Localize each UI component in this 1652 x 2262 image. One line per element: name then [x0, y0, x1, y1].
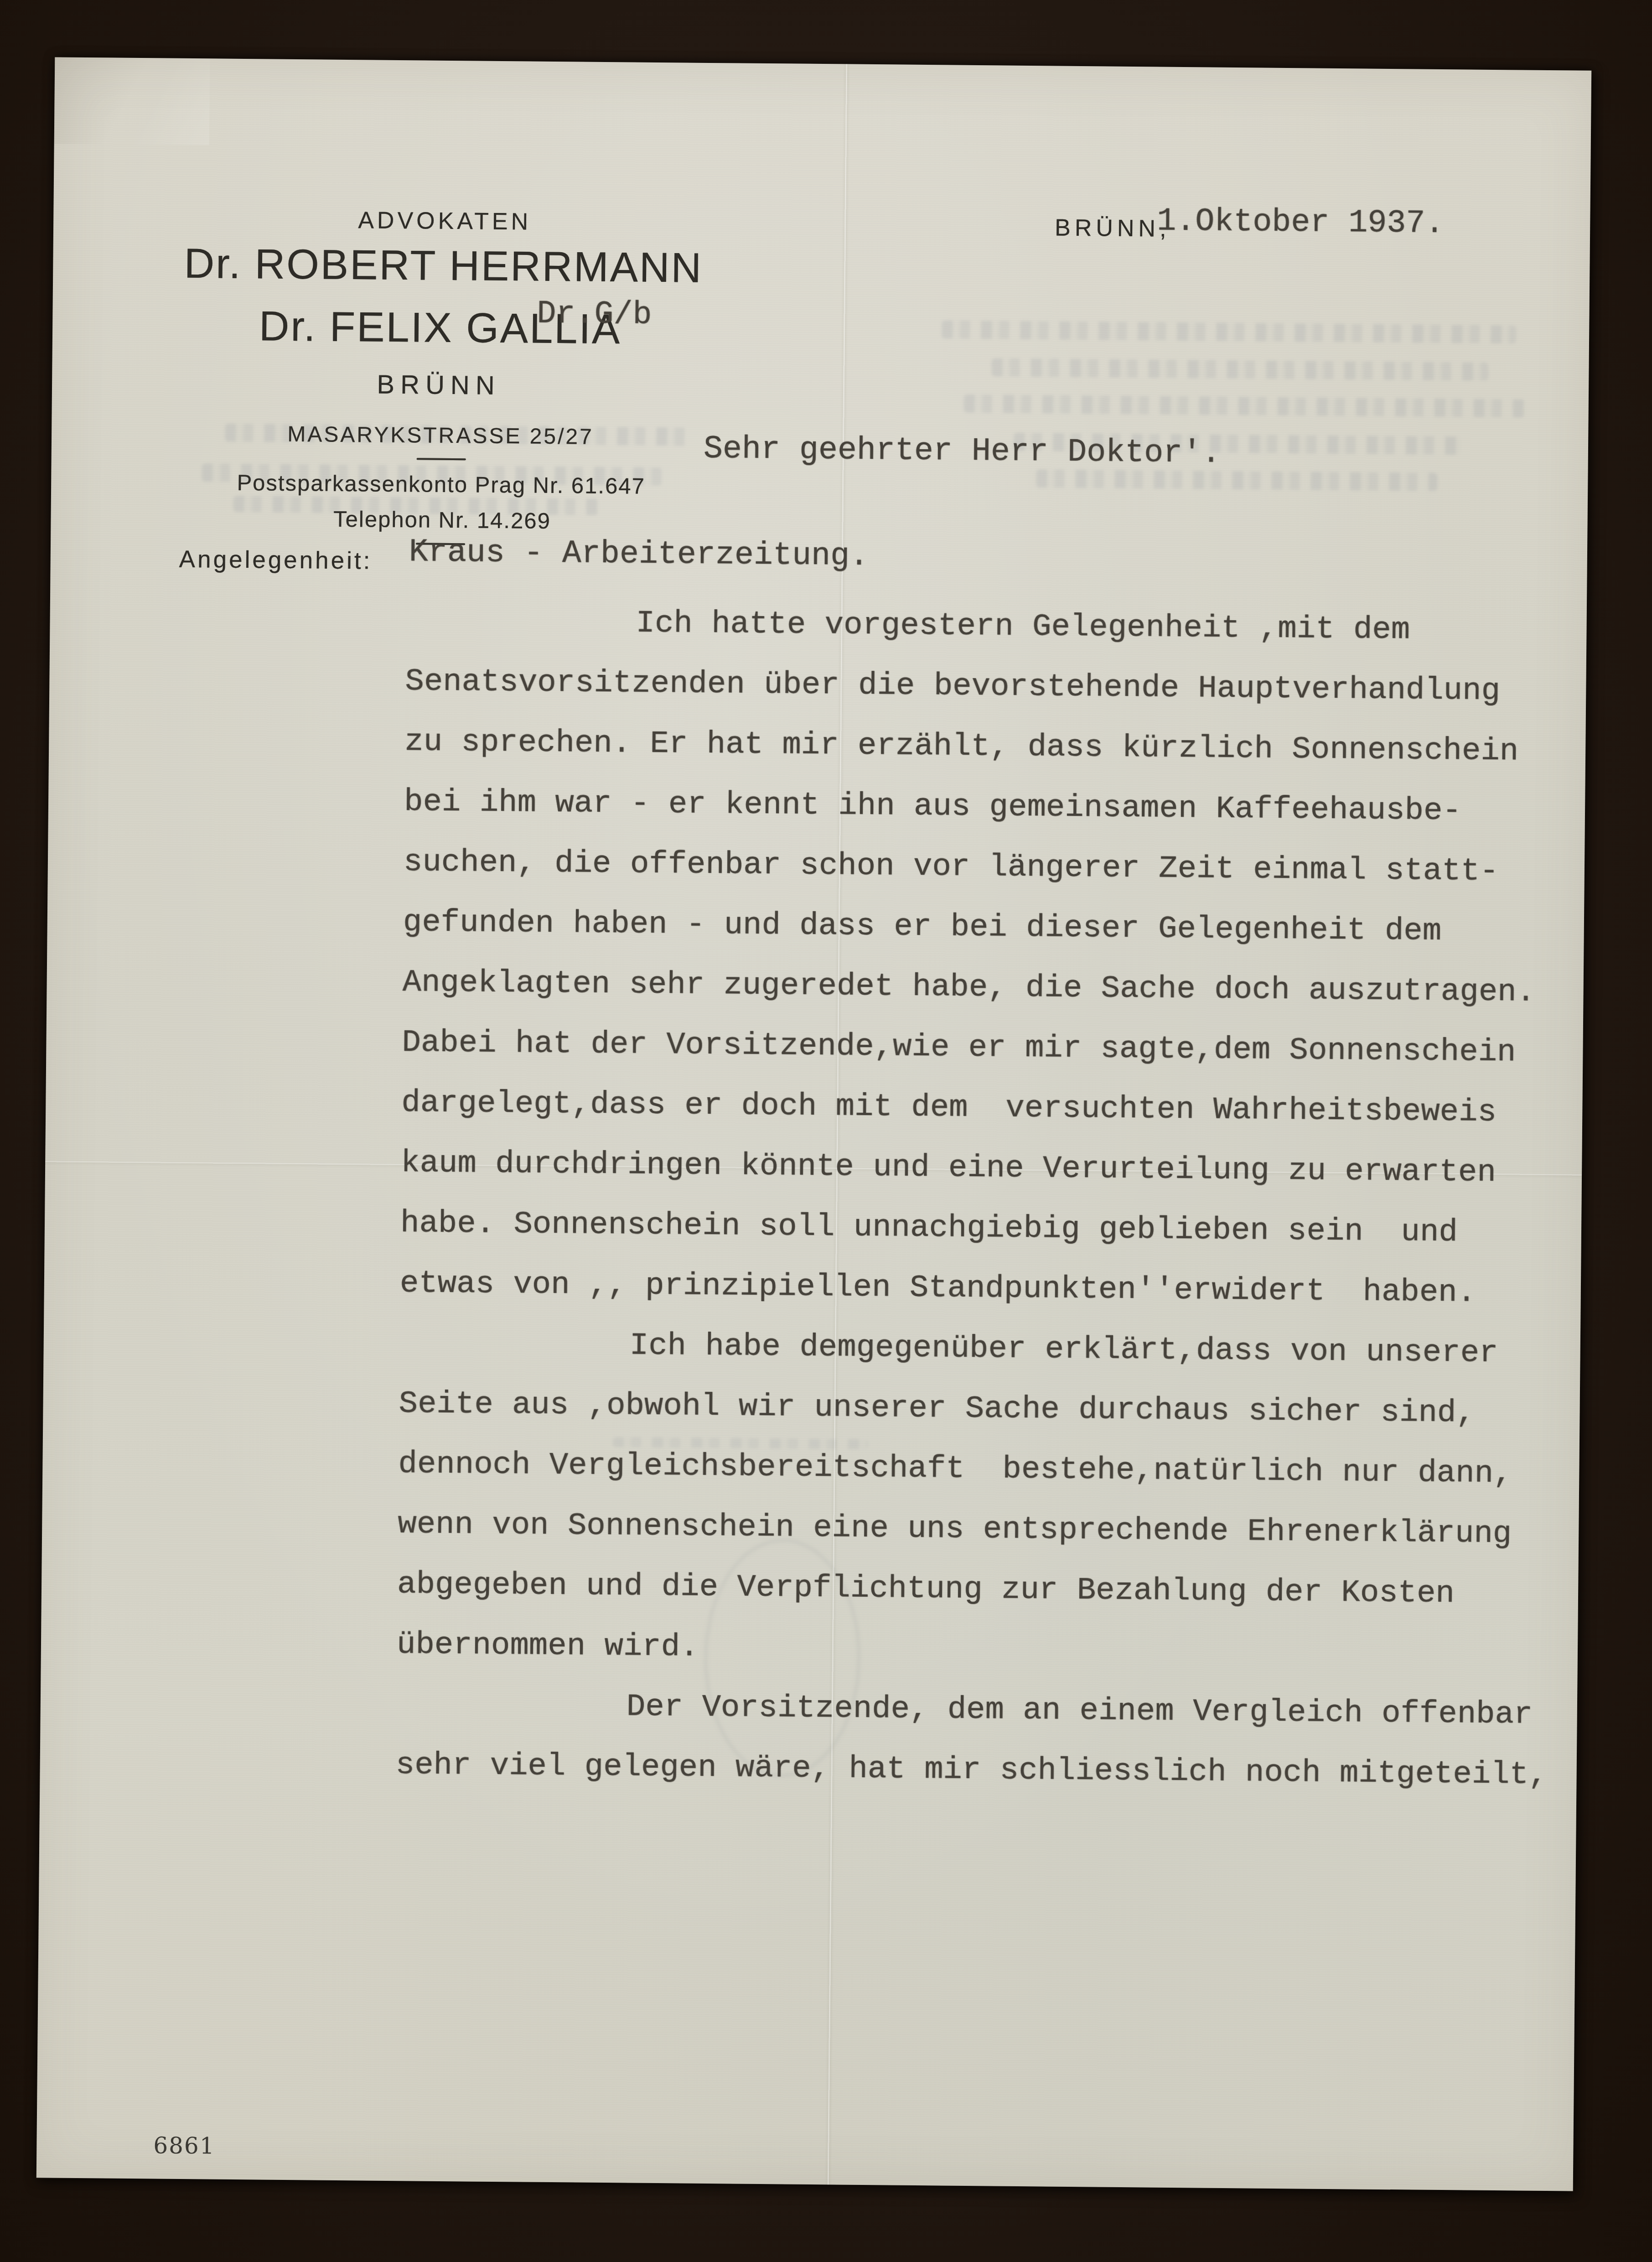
body-line: habe. Sonnenschein soll unnachgiebig geb…: [400, 1193, 1586, 1264]
body-line: Seite aus ,obwohl wir unserer Sache durc…: [399, 1374, 1585, 1444]
body-line: suchen, die offenbar schon vor längerer …: [403, 832, 1589, 903]
body-line: etwas von ,, prinzipiellen Standpunkten'…: [399, 1253, 1585, 1324]
body-line: wenn von Sonnenschein eine uns entsprech…: [398, 1494, 1584, 1565]
body-line: kaum durchdringen könnte und eine Verurt…: [401, 1133, 1587, 1204]
body-line: dargelegt,dass er doch mit dem versuchte…: [401, 1073, 1587, 1143]
body-line: Senatsvorsitzenden über die bevorstehend…: [405, 651, 1591, 722]
salutation: Sehr geehrter Herr Doktor'.: [704, 431, 1221, 472]
letter-page: ADVOKATEN Dr. ROBERT HERRMANN Dr. FELIX …: [36, 57, 1591, 2191]
typed-file-reference: Dr.G/b: [537, 296, 652, 333]
letterhead-street: MASARYKSTRASSE 25/27: [287, 422, 594, 450]
letterhead-partner-1: Dr. ROBERT HERRMANN: [184, 240, 703, 292]
body-line: zu sprechen. Er hat mir erzählt, dass kü…: [404, 711, 1590, 782]
body-line: sehr viel gelegen wäre, hat mir schliess…: [395, 1735, 1581, 1805]
body-line: übernommen wird.: [396, 1614, 1582, 1685]
body-line: abgegeben und die Verpflichtung zur Beza…: [397, 1554, 1583, 1625]
bleedthrough-smudge: [991, 358, 1488, 381]
letterhead-postal-account: Postsparkassenkonto Prag Nr. 61.647: [237, 470, 645, 499]
bleedthrough-smudge: [964, 394, 1525, 418]
body-line: gefunden haben - und dass er bei dieser …: [403, 892, 1589, 963]
bleedthrough-smudge: [1036, 469, 1437, 491]
letterhead-telephone: Telephon Nr. 14.269: [333, 507, 551, 534]
letterhead-city: BRÜNN: [377, 369, 501, 401]
body-line: Ich hatte vorgestern Gelegenheit ,mit de…: [405, 591, 1591, 662]
letterhead-profession: ADVOKATEN: [358, 207, 531, 235]
subject-value: Kraus - Arbeiterzeitung.: [409, 534, 869, 575]
letter-body: Ich hatte vorgestern Gelegenheit ,mit de…: [395, 591, 1591, 1805]
bleedthrough-smudge: [942, 320, 1516, 343]
photo-backdrop: ADVOKATEN Dr. ROBERT HERRMANN Dr. FELIX …: [0, 0, 1652, 2262]
archive-number: 6861: [153, 2132, 215, 2159]
body-line: Dabei hat der Vorsitzende,wie er mir sag…: [402, 1012, 1588, 1083]
body-line: Angeklagten sehr zugeredet habe, die Sac…: [402, 952, 1588, 1023]
corner-fold-mark: [54, 57, 210, 145]
dateline-date: 1.Oktober 1937.: [1157, 203, 1445, 242]
body-line: dennoch Vergleichsbereitschaft bestehe,n…: [398, 1434, 1584, 1505]
body-line: Der Vorsitzende, dem an einem Vergleich …: [396, 1675, 1582, 1745]
dateline-city: BRÜNN,: [1055, 214, 1170, 243]
letterhead-divider-top: [417, 458, 466, 460]
body-line: Ich habe demgegenüber erklärt,dass von u…: [399, 1313, 1585, 1384]
body-line: bei ihm war - er kennt ihn aus gemeinsam…: [404, 772, 1590, 842]
subject-label: Angelegenheit:: [179, 545, 372, 575]
